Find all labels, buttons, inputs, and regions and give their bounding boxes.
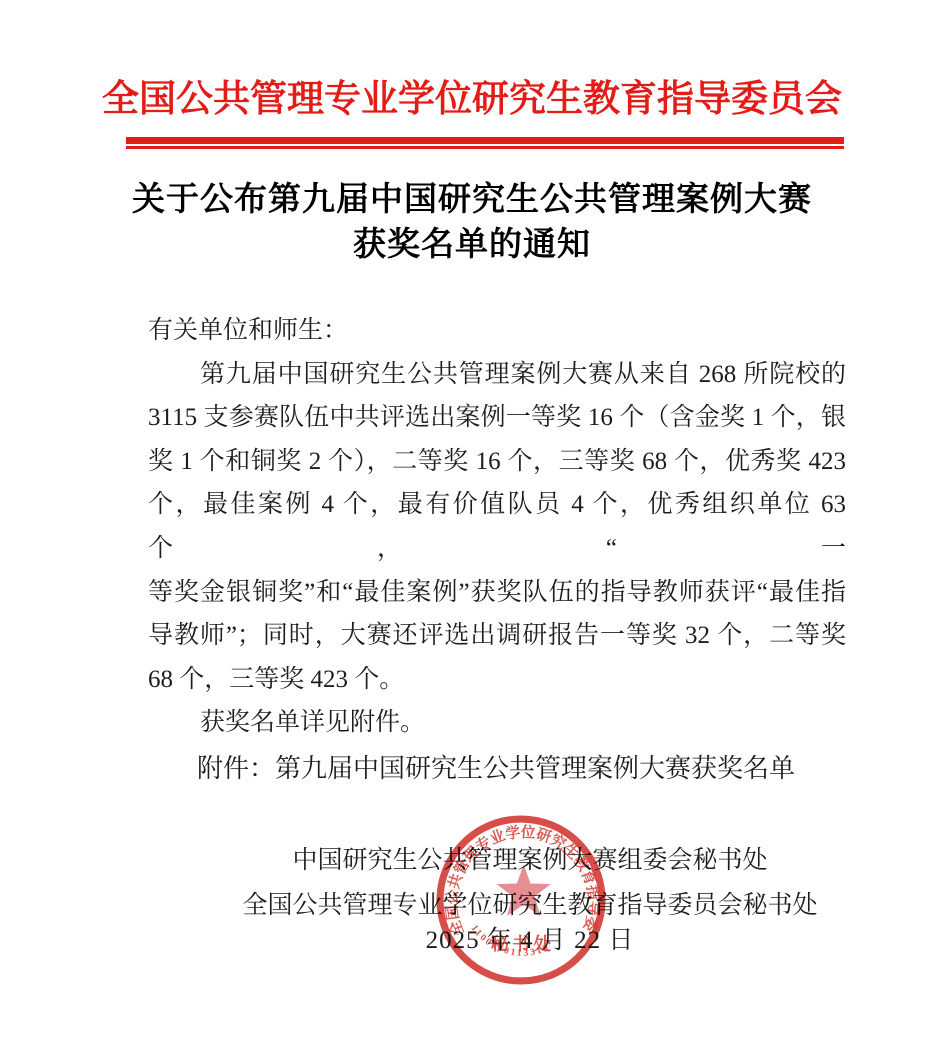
signature-block: 中国研究生公共管理案例大赛组委会秘书处 全国公共管理专业学位研究生教育指导委员会… — [120, 838, 940, 963]
body-line: 等奖金银铜奖”和“最佳案例”获奖队伍的指导教师获评“最佳指 — [148, 571, 846, 615]
document-title-line2: 获奖名单的通知 — [353, 227, 591, 263]
letterhead-org-title: 全国公共管理专业学位研究生教育指导委员会 — [0, 68, 944, 122]
salutation: 有关单位和师生： — [148, 309, 846, 353]
document-title-line1: 关于公布第九届中国研究生公共管理案例大赛 — [132, 182, 812, 218]
body-line: 第九届中国研究生公共管理案例大赛从来自 268 所院校的 — [148, 353, 846, 397]
attachment-line: 附件：第九届中国研究生公共管理案例大赛获奖名单 — [148, 748, 868, 785]
body-line: 3115 支参赛队伍中共评选出案例一等奖 16 个（含金奖 1 个，银 — [148, 396, 846, 440]
closing-line: 获奖名单详见附件。 — [148, 701, 846, 745]
divider-thin-line — [126, 146, 844, 149]
document-page: { "header": { "org_title": "全国公共管理专业学位研究… — [0, 0, 944, 1054]
body-line: 68 个，三等奖 423 个。 — [148, 658, 846, 702]
divider-thick-line — [126, 137, 844, 144]
document-body: 有关单位和师生： 第九届中国研究生公共管理案例大赛从来自 268 所院校的 31… — [148, 309, 846, 745]
body-line: 个，最佳案例 4 个，最有价值队员 4 个，优秀组织单位 63 个，“一 — [148, 483, 846, 570]
document-title: 关于公布第九届中国研究生公共管理案例大赛 获奖名单的通知 — [0, 178, 944, 268]
letterhead-divider — [126, 137, 844, 149]
body-line: 奖 1 个和铜奖 2 个），二等奖 16 个，三等奖 68 个，优秀奖 423 — [148, 440, 846, 484]
body-line: 导教师”；同时，大赛还评选出调研报告一等奖 32 个，二等奖 — [148, 614, 846, 658]
signature-line-committee: 中国研究生公共管理案例大赛组委会秘书处 — [120, 838, 940, 883]
